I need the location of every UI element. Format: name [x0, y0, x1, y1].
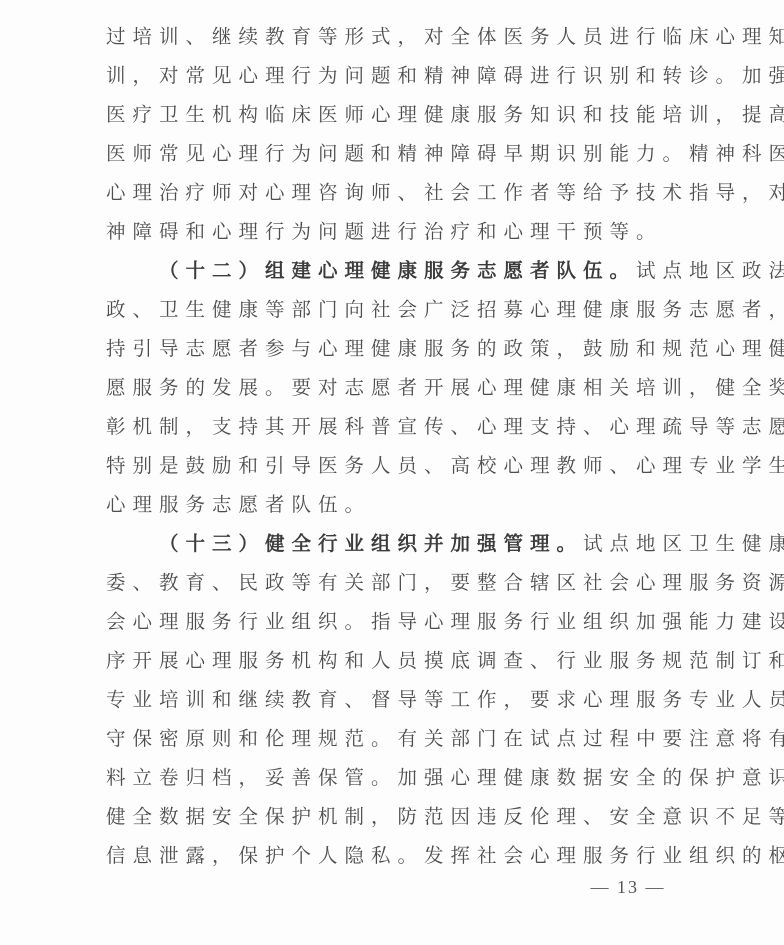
text-line: 过培训、继续教育等形式，对全体医务人员进行临床心理知识培 [106, 17, 706, 56]
paragraph-continuation: 过培训、继续教育等形式，对全体医务人员进行临床心理知识培 训，对常见心理行为问题… [106, 17, 706, 251]
text-line: 政、卫生健康等部门向社会广泛招募心理健康服务志愿者，探索支 [106, 290, 706, 329]
text-line: 健全数据安全保护机制，防范因违反伦理、安全意识不足等造成的 [106, 797, 706, 836]
section-13-heading: （十三）健全行业组织并加强管理。 [159, 532, 583, 555]
text-line: 医疗卫生机构临床医师心理健康服务知识和技能培训，提高临床 [106, 95, 706, 134]
document-body: 过培训、继续教育等形式，对全体医务人员进行临床心理知识培 训，对常见心理行为问题… [106, 17, 706, 875]
text-run: 试点地区政法委、民 [636, 259, 784, 282]
page-number: — 13 — [580, 877, 676, 898]
text-line: 序开展心理服务机构和人员摸底调查、行业服务规范制订和实施、 [106, 641, 706, 680]
text-line: 料立卷归档，妥善保管。加强心理健康数据安全的保护意识，建立 [106, 758, 706, 797]
text-line: 特别是鼓励和引导医务人员、高校心理教师、心理专业学生等加入 [106, 446, 706, 485]
section-12-paragraph: （十二）组建心理健康服务志愿者队伍。试点地区政法委、民 政、卫生健康等部门向社会… [106, 251, 706, 524]
text-line: 持引导志愿者参与心理健康服务的政策，鼓励和规范心理健康志 [106, 329, 706, 368]
text-line: 医师常见心理行为问题和精神障碍早期识别能力。精神科医师、 [106, 134, 706, 173]
text-line: 守保密原则和伦理规范。有关部门在试点过程中要注意将有关资 [106, 719, 706, 758]
text-line: 会心理服务行业组织。指导心理服务行业组织加强能力建设，有 [106, 602, 706, 641]
text-line: 心理治疗师对心理咨询师、社会工作者等给予技术指导，对常见精 [106, 173, 706, 212]
text-line: 神障碍和心理行为问题进行治疗和心理干预等。 [106, 212, 706, 251]
text-line: 训，对常见心理行为问题和精神障碍进行识别和转诊。加强基层 [106, 56, 706, 95]
section-12-heading: （十二）组建心理健康服务志愿者队伍。 [159, 259, 636, 282]
text-line: （十三）健全行业组织并加强管理。试点地区卫生健康、政法 [106, 524, 706, 563]
text-line: 信息泄露，保护个人隐私。发挥社会心理服务行业组织的枢纽作 [106, 836, 706, 875]
text-run: 试点地区卫生健康、政法 [583, 532, 784, 555]
text-line: 专业培训和继续教育、督导等工作，要求心理服务专业人员严格遵 [106, 680, 706, 719]
text-line: 心理服务志愿者队伍。 [106, 485, 706, 524]
document-page: 过培训、继续教育等形式，对全体医务人员进行临床心理知识培 训，对常见心理行为问题… [0, 0, 784, 945]
text-line: （十二）组建心理健康服务志愿者队伍。试点地区政法委、民 [106, 251, 706, 290]
text-line: 愿服务的发展。要对志愿者开展心理健康相关培训，健全奖励表 [106, 368, 706, 407]
text-line: 彰机制，支持其开展科普宣传、心理支持、心理疏导等志愿服务。 [106, 407, 706, 446]
section-13-paragraph: （十三）健全行业组织并加强管理。试点地区卫生健康、政法 委、教育、民政等有关部门… [106, 524, 706, 875]
text-line: 委、教育、民政等有关部门，要整合辖区社会心理服务资源，完善社 [106, 563, 706, 602]
